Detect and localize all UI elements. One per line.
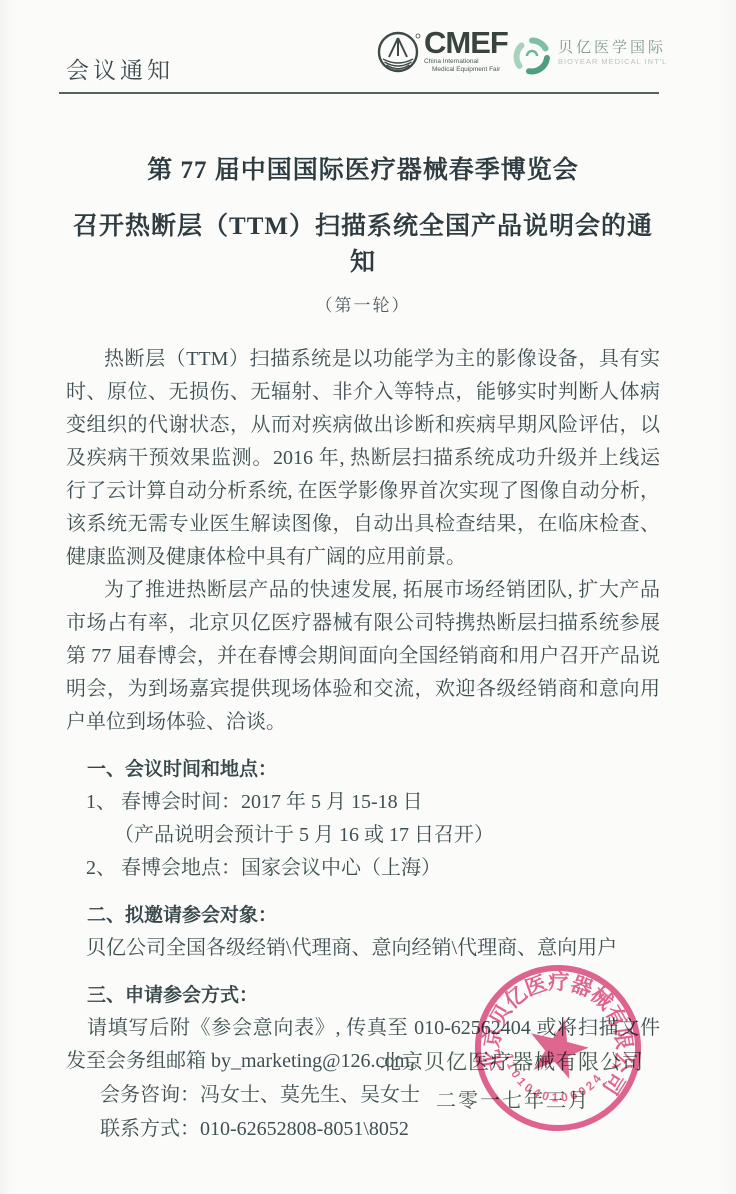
cmef-logo-text: CMEF China International Medical Equipme…	[424, 28, 508, 73]
header-divider	[59, 92, 659, 94]
title-line-2: 召开热断层（TTM）扫描系统全国产品说明会的通知	[66, 206, 660, 278]
title-line-1: 第 77 届中国国际医疗器械春季博览会	[66, 150, 660, 186]
cmef-logo-icon	[376, 28, 422, 81]
seal-star-icon	[523, 1012, 594, 1081]
bioyear-name-en: BIOYEAR MEDICAL INT'L	[558, 57, 667, 66]
section1-item1: 1、 春博会时间：2017 年 5 月 15-18 日	[66, 786, 660, 819]
bioyear-logo-icon	[512, 36, 552, 81]
section1-item1-note: （产品说明会预计于 5 月 16 或 17 日召开）	[66, 819, 660, 852]
bioyear-name-cn: 贝亿医学国际	[558, 40, 667, 57]
cmef-subtitle-line2: Medical Equipment Fair	[432, 66, 508, 74]
bioyear-logo: 贝亿医学国际 BIOYEAR MEDICAL INT'L	[512, 36, 667, 81]
title-round-label: （第一轮）	[66, 291, 660, 316]
bioyear-logo-text: 贝亿医学国际 BIOYEAR MEDICAL INT'L	[558, 40, 667, 66]
document-type-label: 会议通知	[66, 52, 174, 85]
invitation-paragraph: 为了推进热断层产品的快速发展, 拓展市场经销团队, 扩大产品市场占有率，北京贝亿…	[66, 574, 660, 739]
cmef-logo: CMEF China International Medical Equipme…	[376, 28, 508, 81]
section1-item2: 2、 春博会地点：国家会议中心（上海）	[66, 852, 660, 885]
cmef-wordmark: CMEF	[424, 28, 508, 58]
section2-heading: 二、拟邀请参会对象：	[66, 899, 660, 932]
company-seal-stamp: 北京贝亿医疗器械有限公司 1101040106024	[466, 956, 650, 1140]
section1-heading: 一、会议时间和地点：	[66, 753, 660, 786]
intro-paragraph: 热断层（TTM）扫描系统是以功能学为主的影像设备，具有实时、原位、无损伤、无辐射…	[66, 343, 660, 574]
scanned-notice-document: 会议通知 CMEF China International Medical Eq…	[0, 0, 736, 1194]
